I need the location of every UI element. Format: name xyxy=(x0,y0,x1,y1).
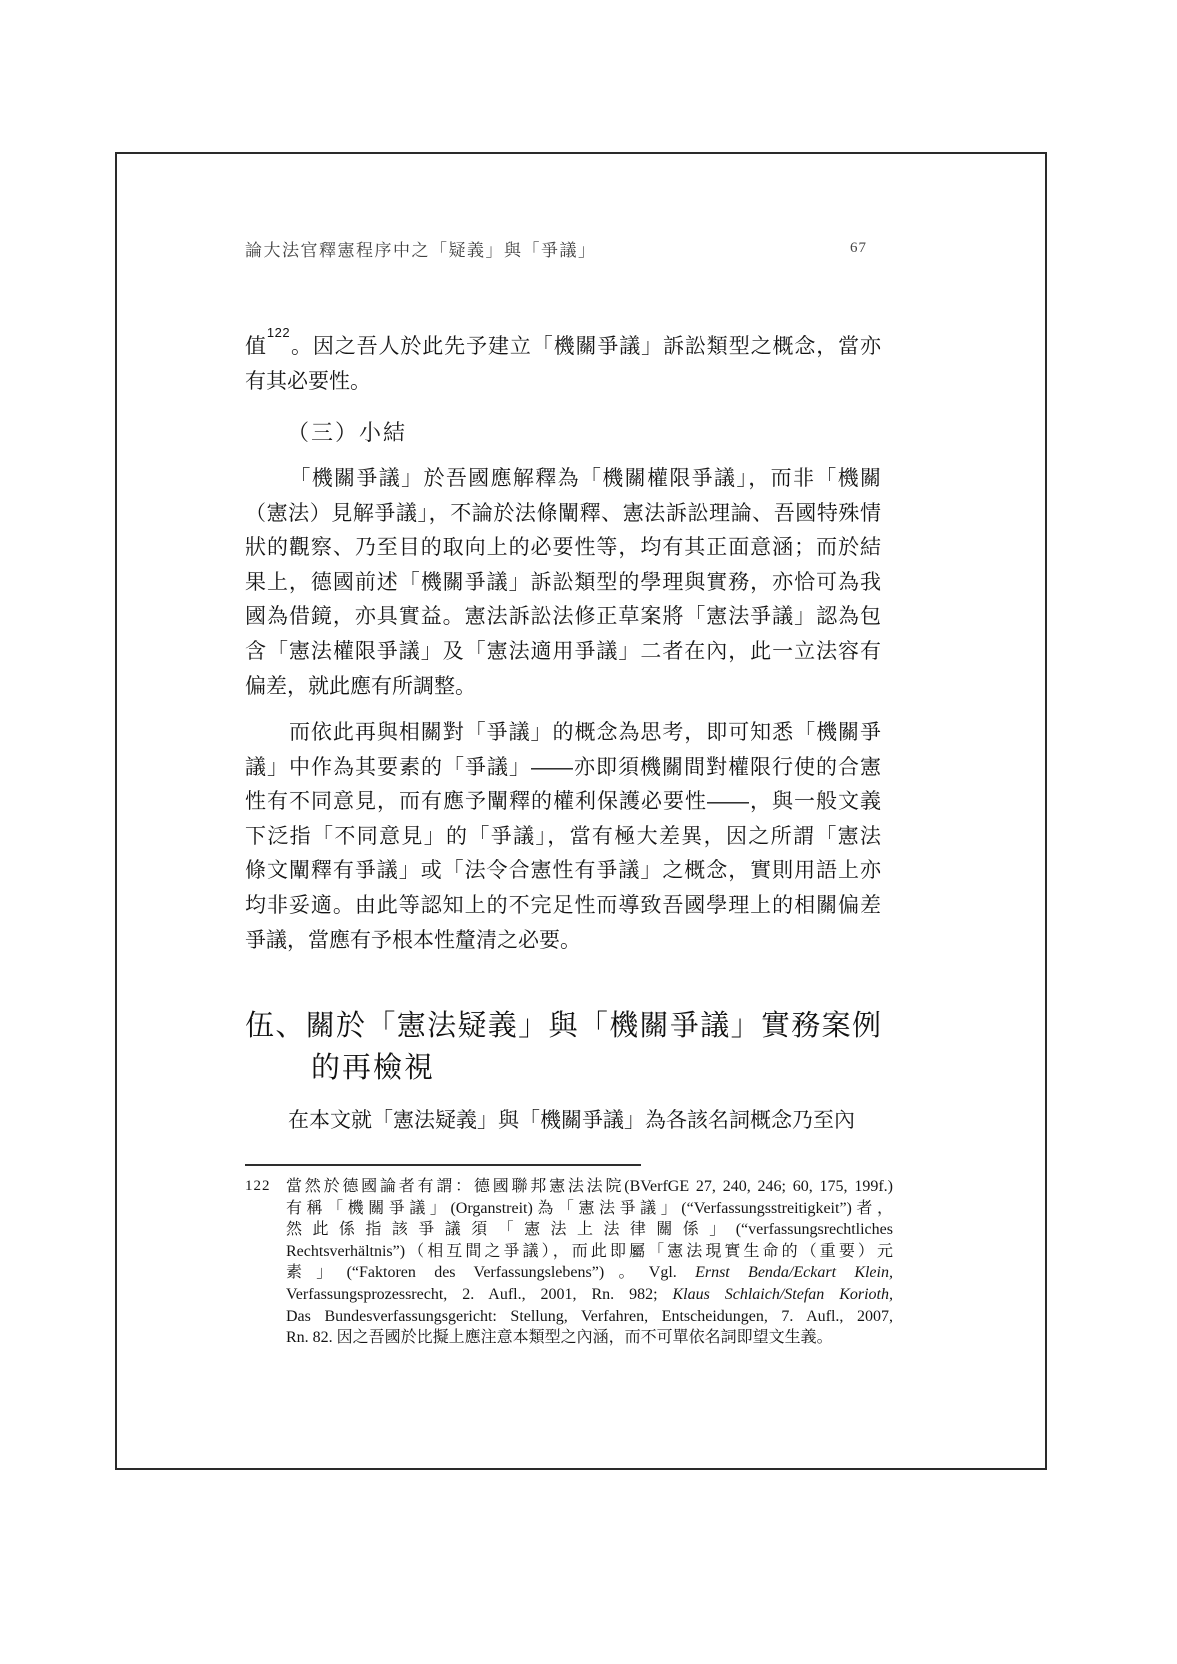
paragraph-3-line: 議」中作為其要素的「爭議」——亦即須機關間對權限行使的合憲 xyxy=(245,751,881,786)
paragraph-3-line: 性有不同意見，而有應予闡釋的權利保護必要性——，與一般文義 xyxy=(245,785,881,820)
paragraph-3-line: 條文闡釋有爭議」或「法令合憲性有爭議」之概念，實則用語上亦 xyxy=(245,854,881,889)
page-border-frame: 論大法官釋憲程序中之「疑義」與「爭議」 67 值122。因之吾人於此先予建立「機… xyxy=(115,152,1047,1470)
paragraph-2-line: 含「憲法權限爭議」及「憲法適用爭議」二者在內，此一立法容有 xyxy=(245,635,881,670)
paragraph-2: 「機關爭議」於吾國應解釋為「機關權限爭議」，而非「機關 （憲法）見解爭議」，不論… xyxy=(245,462,881,704)
paragraph-2-line: 果上，德國前述「機關爭議」訴訟類型的學理與實務，亦恰可為我 xyxy=(245,566,881,601)
paragraph-3: 而依此再與相關對「爭議」的概念為思考，即可知悉「機關爭 議」中作為其要素的「爭議… xyxy=(245,716,881,958)
para1-lead-char: 值 xyxy=(245,335,267,358)
footnote-line: Verfassungsprozessrecht, 2. Aufl., 2001,… xyxy=(286,1284,893,1306)
paragraph-3-line: 均非妥適。由此等認知上的不完足性而導致吾國學理上的相關偏差 xyxy=(245,889,881,924)
running-header: 論大法官釋憲程序中之「疑義」與「爭議」 xyxy=(245,236,597,261)
footnote-number: 122 xyxy=(245,1176,271,1198)
paragraph-2-line: 偏差，就此應有所調整。 xyxy=(245,670,881,705)
footnote-line-6-authors: Klaus Schlaich/Stefan Korioth, xyxy=(672,1286,893,1303)
paragraph-2-line: 「機關爭議」於吾國應解釋為「機關權限爭議」，而非「機關 xyxy=(245,462,881,497)
footnote-line: 有稱「機關爭議」(Organstreit)為「憲法爭議」(“Verfassung… xyxy=(286,1198,893,1220)
chapter-heading: 伍、關於「憲法疑義」與「機關爭議」實務案例 的再檢視 xyxy=(245,1006,881,1088)
paragraph-2-line-1-text: 「機關爭議」於吾國應解釋為「機關權限爭議」，而非「機關 xyxy=(288,467,881,490)
paragraph-3-line: 而依此再與相關對「爭議」的概念為思考，即可知悉「機關爭 xyxy=(245,716,881,751)
footnote-line-5-text: 素」(“Faktoren des Verfassungslebens”)。Vgl… xyxy=(286,1264,695,1281)
footnote-line: 素」(“Faktoren des Verfassungslebens”)。Vgl… xyxy=(286,1262,893,1284)
footnote-line: Rn. 82. 因之吾國於比擬上應注意本類型之內涵，而不可單依名詞即望文生義。 xyxy=(286,1327,893,1349)
paragraph-4-line-1-text: 在本文就「憲法疑義」與「機關爭議」為各該名詞概念乃至內 xyxy=(288,1109,855,1132)
paragraph-3-line-1-text: 而依此再與相關對「爭議」的概念為思考，即可知悉「機關爭 xyxy=(288,721,881,744)
footnote-122: 122 當然於德國論者有謂：德國聯邦憲法法院(BVerfGE 27, 240, … xyxy=(245,1176,893,1349)
paragraph-1-line-2: 有其必要性。 xyxy=(245,365,881,400)
chapter-heading-line-2: 的再檢視 xyxy=(311,1048,881,1088)
paragraph-3-line: 爭議，當應有予根本性釐清之必要。 xyxy=(245,924,881,959)
paragraph-3-line: 下泛指「不同意見」的「爭議」，當有極大差異，因之所謂「憲法 xyxy=(245,820,881,855)
subsection-heading: （三）小結 xyxy=(287,416,407,447)
paragraph-1: 值122。因之吾人於此先予建立「機關爭議」訴訟類型之概念，當亦 有其必要性。 xyxy=(245,324,881,399)
chapter-heading-line-1: 伍、關於「憲法疑義」與「機關爭議」實務案例 xyxy=(245,1006,881,1046)
para1-line1-text: 。因之吾人於此先予建立「機關爭議」訴訟類型之概念，當亦 xyxy=(290,335,881,358)
footnote-line: 然此係指該爭議須「憲法上法律關係」(“verfassungsrechtliche… xyxy=(286,1219,893,1241)
footnote-body: 當然於德國論者有謂：德國聯邦憲法法院(BVerfGE 27, 240, 246;… xyxy=(286,1176,893,1349)
footnote-line-6-text: Verfassungsprozessrecht, 2. Aufl., 2001,… xyxy=(286,1286,672,1303)
document-page: 論大法官釋憲程序中之「疑義」與「爭議」 67 值122。因之吾人於此先予建立「機… xyxy=(0,0,1177,1664)
paragraph-4-line: 在本文就「憲法疑義」與「機關爭議」為各該名詞概念乃至內 xyxy=(245,1104,881,1139)
footnote-line: Rechtsverhältnis”)（相互間之爭議），而此即屬「憲法現實生命的（… xyxy=(286,1241,893,1263)
paragraph-1-line-1: 值122。因之吾人於此先予建立「機關爭議」訴訟類型之概念，當亦 xyxy=(245,324,881,365)
paragraph-2-line: （憲法）見解爭議」，不論於法條闡釋、憲法訴訟理論、吾國特殊情 xyxy=(245,497,881,532)
paragraph-2-line: 國為借鏡，亦具實益。憲法訴訟法修正草案將「憲法爭議」認為包 xyxy=(245,600,881,635)
paragraph-4: 在本文就「憲法疑義」與「機關爭議」為各該名詞概念乃至內 xyxy=(245,1104,881,1139)
footnote-line-5-authors: Ernst Benda/Eckart Klein, xyxy=(695,1264,893,1281)
paragraph-2-line: 狀的觀察、乃至目的取向上的必要性等，均有其正面意涵；而於結 xyxy=(245,531,881,566)
footnote-line: Das Bundesverfassungsgericht: Stellung, … xyxy=(286,1306,893,1328)
page-number: 67 xyxy=(850,240,867,257)
footnote-separator-rule xyxy=(245,1164,641,1166)
footnote-reference-122: 122 xyxy=(267,325,290,340)
footnote-line: 當然於德國論者有謂：德國聯邦憲法法院(BVerfGE 27, 240, 246;… xyxy=(286,1176,893,1198)
